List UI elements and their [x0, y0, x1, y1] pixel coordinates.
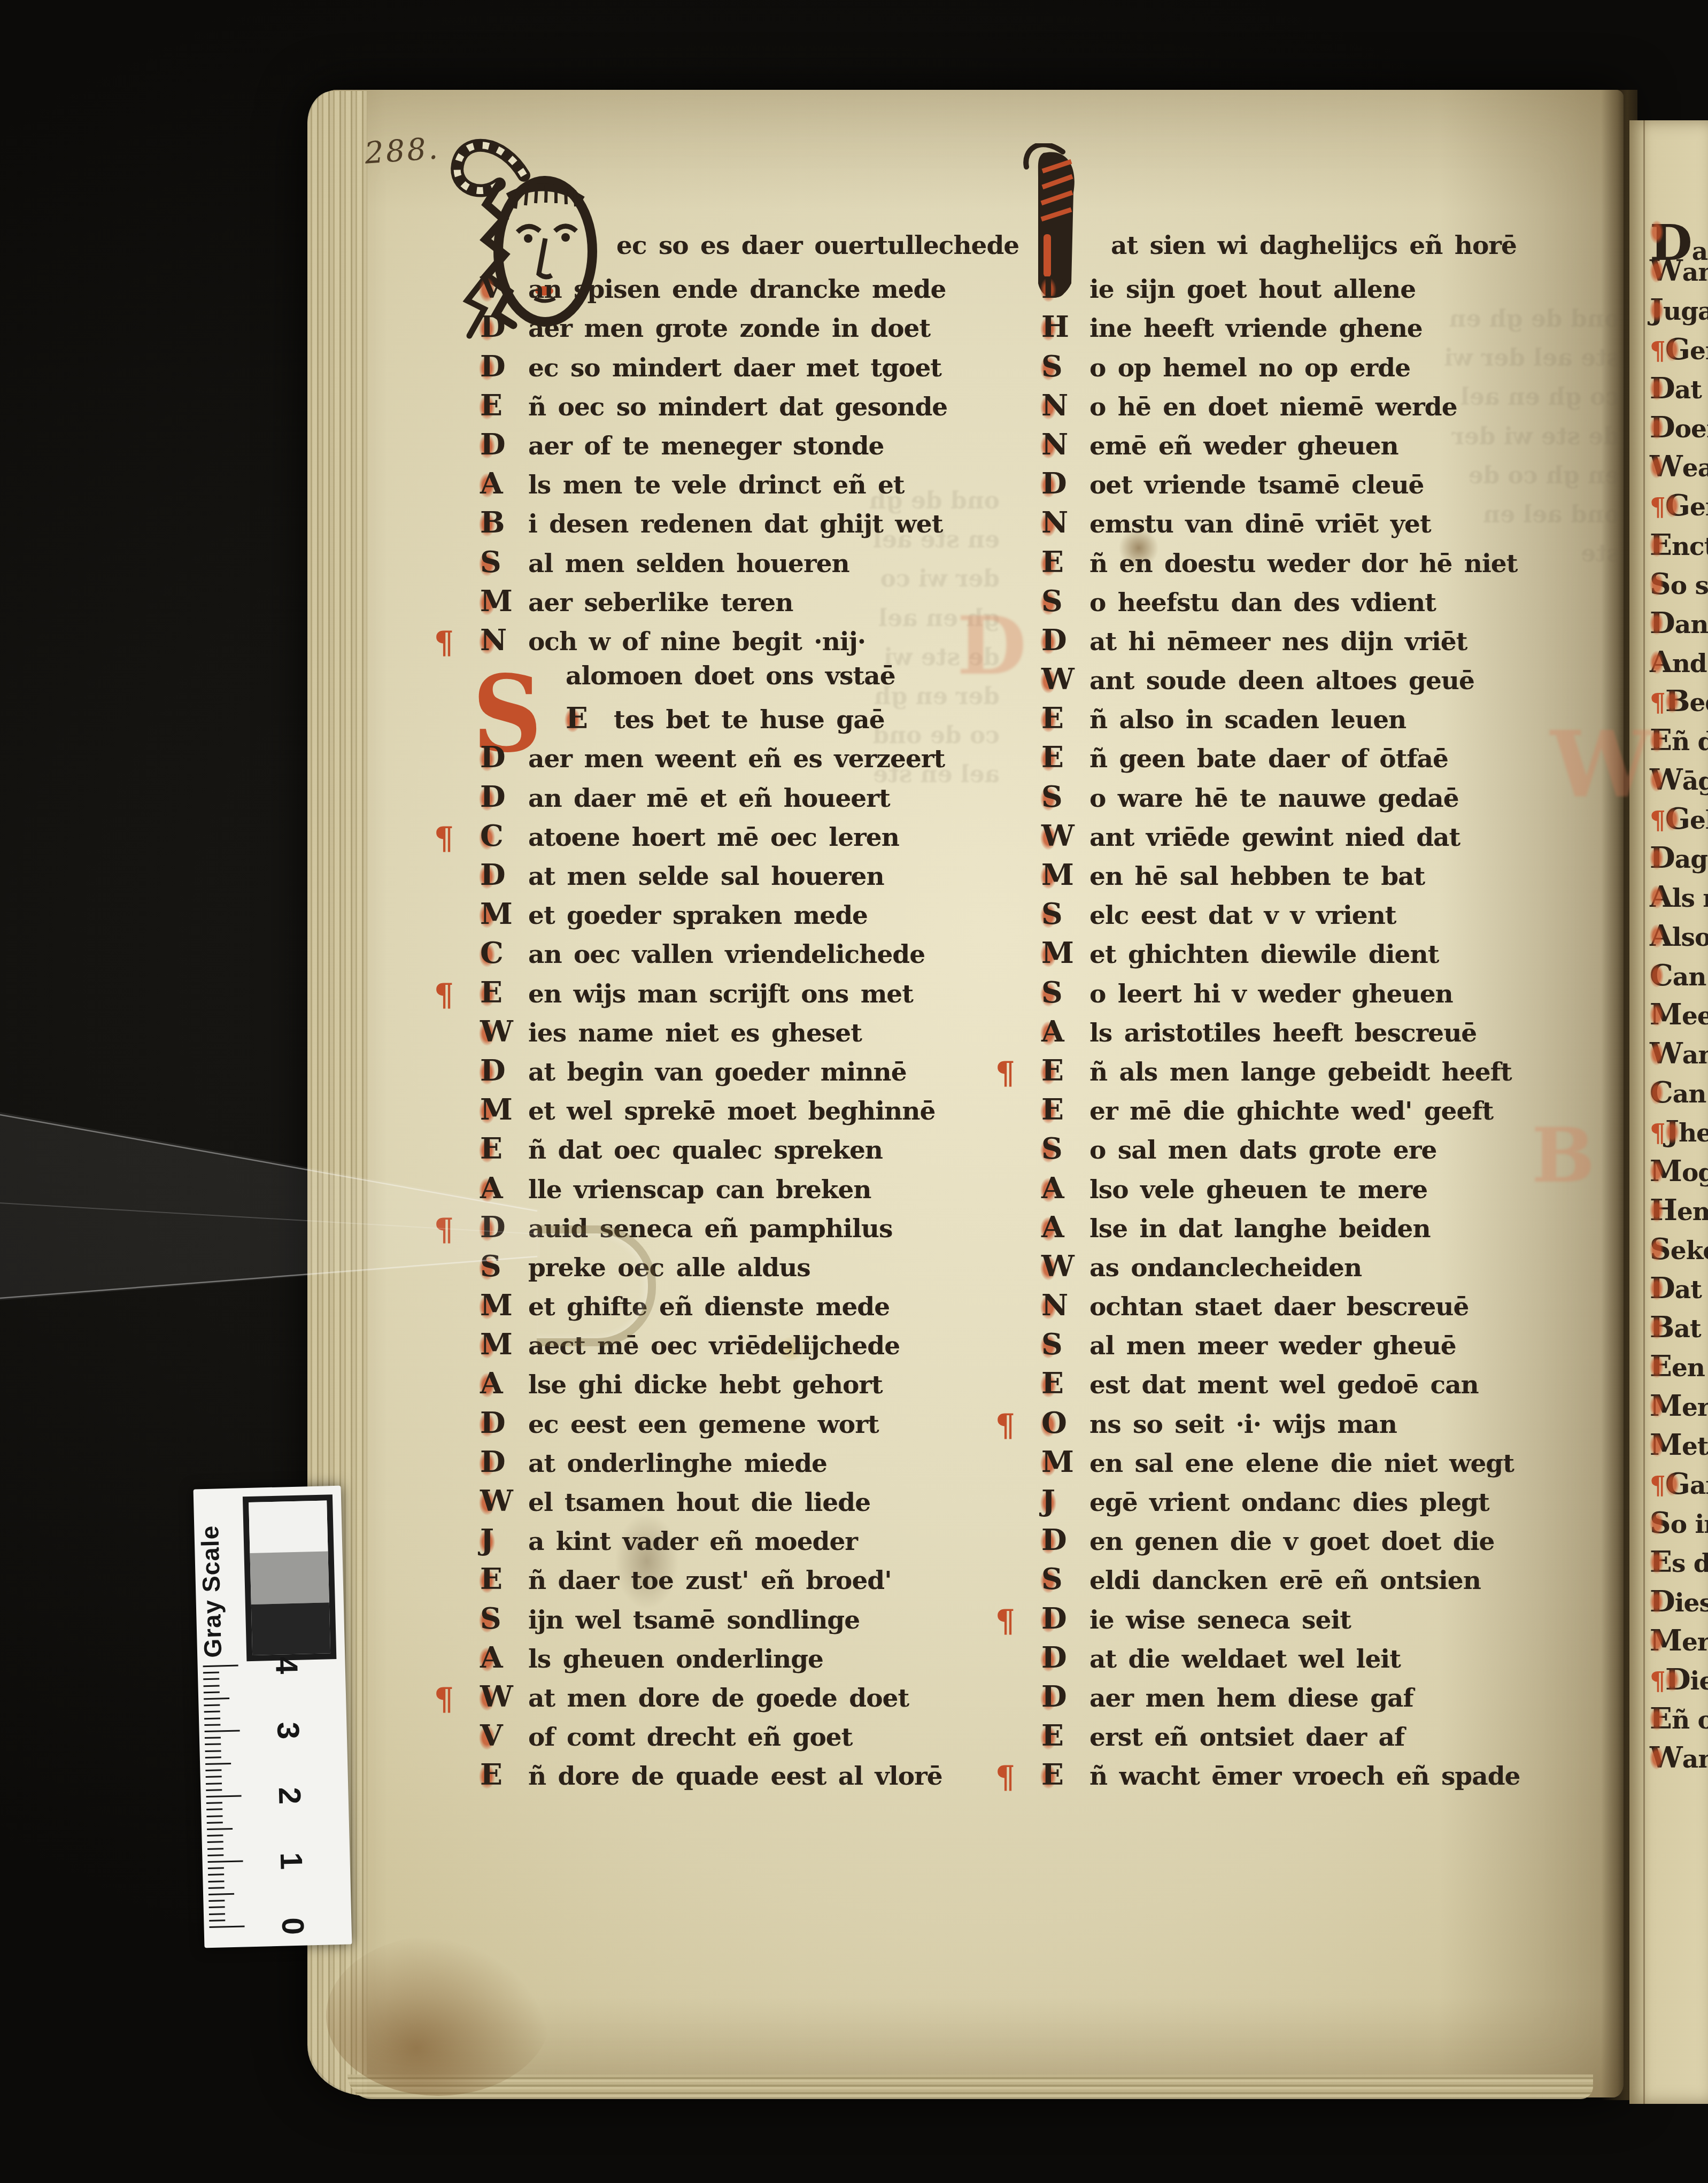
line-text: er w: [1682, 1393, 1708, 1422]
rubric-pilcrow: ¶: [1650, 492, 1665, 522]
line-text: ijn wel tsamē sondlinge: [528, 1606, 860, 1635]
line-text: ie: [1690, 1667, 1708, 1696]
line-text: at begin van goeder minnē: [528, 1058, 907, 1087]
line-text: ls gheuen onderlinge: [528, 1645, 823, 1674]
line-text: aer men weent eñ es verzeert: [528, 744, 945, 774]
line-text: er: [1682, 1627, 1708, 1657]
text-line: Eñ daer toe zust' eñ broed': [480, 1561, 1020, 1600]
line-text: ls men te vele drinct eñ et: [528, 470, 905, 500]
facing-page-line: Es di: [1650, 1544, 1708, 1583]
line-initial: A: [1650, 918, 1672, 953]
line-text: ñ o: [1672, 1706, 1708, 1735]
line-text: o ware hē te nauwe gedaē: [1089, 784, 1459, 813]
ruler-tick: [208, 1860, 243, 1863]
line-text: ant vriēde gewint nied dat: [1089, 823, 1460, 852]
ruler-tick: [207, 1822, 223, 1824]
line-text: ede: [1689, 688, 1708, 718]
line-text: aer men hem diese gaf: [1089, 1684, 1413, 1713]
line-initial: E: [1041, 700, 1075, 735]
line-initial: D: [1650, 1270, 1675, 1305]
ruler-tick: [206, 1795, 242, 1798]
text-line: ¶Een wijs man scrijft ons met: [480, 975, 1020, 1014]
line-initial: N: [1041, 1287, 1075, 1322]
line-initial: D: [480, 309, 513, 344]
line-initial: D: [1041, 1601, 1075, 1636]
ruler-tick: [206, 1802, 222, 1804]
line-text: ies name niet es gheset: [528, 1019, 862, 1048]
facing-page-line: ¶Bede: [1650, 683, 1708, 722]
line-initial: C: [480, 818, 513, 853]
line-text: an spisen ende drancke mede: [528, 275, 946, 304]
facing-page-line: So sc: [1650, 566, 1708, 605]
line-text: ant: [1682, 1745, 1708, 1774]
ruler-tick: [204, 1724, 220, 1726]
facing-page-line: Als m: [1650, 879, 1708, 918]
line-text: ant: [1682, 1040, 1708, 1070]
line-text: ochtan staet daer bescreuē: [1089, 1292, 1469, 1322]
photo-backdrop: ond de gh en ste ael der wi co gh en ael…: [0, 0, 1708, 2183]
text-line: Ja kint vader eñ moeder: [480, 1522, 1020, 1561]
line-initial: W: [1650, 1740, 1682, 1775]
line-text: nct: [1672, 532, 1708, 561]
line-text: o leert hi v weder gheuen: [1089, 979, 1453, 1009]
text-line: ¶Eñ wacht ēmer vroech eñ spade: [1041, 1757, 1581, 1796]
facing-page-line: Dat: [1650, 214, 1708, 253]
line-initial: A: [480, 1170, 513, 1205]
line-text: ñ als men lange gebeidt heeft: [1089, 1058, 1512, 1087]
ruler-ticks: [203, 1657, 274, 1937]
line-text: uga: [1663, 297, 1708, 326]
line-text: emē eñ weder gheuen: [1089, 431, 1398, 461]
rubric-pilcrow: ¶: [995, 1603, 1015, 1639]
text-line: Sal men meer weder gheuē: [1041, 1326, 1581, 1366]
ruler-tick: [208, 1880, 224, 1883]
line-initial: E: [1041, 739, 1075, 774]
facing-page-line: Can m: [1650, 958, 1708, 997]
ruler-tick: [207, 1854, 223, 1856]
facing-page-line: Meer: [1650, 997, 1708, 1036]
line-text: tes bet te huse gaē: [614, 705, 885, 735]
line-initial: J: [480, 1522, 513, 1557]
line-text: ñ d: [1672, 727, 1708, 757]
line-text: ie sijn goet hout allene: [1089, 275, 1416, 304]
facing-page-line: Can r: [1650, 1075, 1708, 1114]
line-text: ec so mindert daer met tgoet: [528, 353, 941, 383]
line-initial: E: [480, 975, 513, 1009]
facing-page-line: Mogh: [1650, 1153, 1708, 1192]
line-text: ear: [1682, 453, 1708, 483]
line-text: est dat ment wel gedoē can: [1089, 1370, 1479, 1400]
ruler-tick: [208, 1874, 224, 1876]
line-initial: D: [1650, 840, 1675, 875]
line-text: o in: [1671, 1510, 1708, 1539]
line-initial: D: [480, 779, 513, 814]
rubric-pilcrow: ¶: [995, 1407, 1015, 1444]
line-text: ñ daer toe zust' eñ broed': [528, 1566, 892, 1595]
ruler-tick: [206, 1809, 222, 1811]
line-initial: J: [1041, 1483, 1075, 1518]
line-initial: M: [480, 1092, 513, 1127]
line-initial: M: [480, 1287, 513, 1322]
ruler-tick: [208, 1893, 234, 1895]
facing-page-text-column: DatWantJuga¶GeneDat dDoenWear¶GencEnctSo…: [1650, 214, 1708, 1779]
line-text: oet vriende tsamē cleuē: [1089, 470, 1424, 500]
line-text: lso vele gheuen te mere: [1089, 1175, 1427, 1205]
line-text: an daer mē et eñ houeert: [528, 784, 890, 813]
line-text: ls aristotiles heeft bescreuē: [1089, 1019, 1477, 1048]
ruler-number: 2: [272, 1787, 308, 1805]
line-text: en sal ene elene die niet wegt: [1089, 1449, 1514, 1478]
line-initial: J: [1650, 292, 1663, 327]
bottom-edge-page-stack: [347, 2074, 1593, 2099]
line-text: erst eñ ontsiet daer af: [1089, 1723, 1404, 1752]
ruler-tick: [208, 1887, 225, 1889]
line-text: at men selde sal houeren: [528, 862, 884, 891]
line-text: aer of te meneger stonde: [528, 431, 884, 461]
line-initial: S: [1041, 779, 1075, 814]
text-line: Alse in dat langhe beiden: [1041, 1209, 1581, 1248]
text-line: Eñ oec so mindert dat gesonde: [480, 388, 1020, 427]
ruler-tick: [210, 1925, 245, 1928]
facing-page-line: Danc: [1650, 605, 1708, 644]
ruler-tick: [208, 1867, 224, 1869]
ruler-tick: [207, 1828, 233, 1830]
line-text: an m: [1673, 962, 1708, 992]
line-initial: S: [1650, 566, 1671, 601]
rubric-pilcrow: ¶: [1650, 336, 1665, 366]
line-text: aer seberlike teren: [528, 588, 793, 618]
text-line: Dat hi nēmeer nes dijn vriēt: [1041, 622, 1581, 661]
text-line: Doet vriende tsamē cleuē: [1041, 466, 1581, 505]
line-initial: V: [480, 1718, 513, 1753]
ruler-tick: [208, 1900, 225, 1902]
text-line: Dan daer mē et eñ houeert: [480, 779, 1020, 818]
facing-page-line: Met h: [1650, 1427, 1708, 1466]
line-text: at: [1675, 1275, 1702, 1305]
page-number: 288.: [364, 131, 441, 171]
line-initial: M: [1650, 1388, 1682, 1423]
line-initial: M: [1650, 1153, 1682, 1188]
grayscale-patch: [249, 1500, 328, 1553]
ruler-tick: [205, 1744, 221, 1746]
line-initial: M: [1041, 857, 1075, 892]
line-initial: D: [480, 1444, 513, 1479]
line-text: ant soude deen altoes geuē: [1089, 666, 1474, 696]
facing-page-line: ¶Gene: [1650, 331, 1708, 371]
line-text: an oec vallen vriendelichede: [528, 940, 925, 969]
text-line: Nochtan staet daer bescreuē: [1041, 1287, 1581, 1326]
line-initial: M: [480, 1326, 513, 1361]
facing-page-line: Dat: [1650, 1270, 1708, 1309]
line-initial: G: [1665, 488, 1690, 522]
ruler-tick: [204, 1685, 220, 1687]
line-initial: D: [1665, 1662, 1690, 1696]
line-text: ls m: [1672, 884, 1708, 913]
line-text: ñ wacht ēmer vroech eñ spade: [1089, 1762, 1520, 1791]
line-text: enc: [1690, 492, 1708, 522]
text-line: So ware hē te nauwe gedaē: [1041, 779, 1581, 818]
text-line: Want soude deen altoes geuē: [1041, 661, 1581, 700]
text-line: Die sijn goet hout allene: [1041, 270, 1581, 309]
line-initial: E: [480, 1131, 513, 1166]
ruler-tick: [203, 1678, 219, 1680]
line-text: ec so es daer ouertullechede: [616, 231, 1019, 260]
line-initial: M: [480, 896, 513, 931]
line-text: of comt drecht eñ goet: [528, 1723, 852, 1752]
ruler-tick: [204, 1698, 229, 1700]
text-line: Als aristotiles heeft bescreuē: [1041, 1014, 1581, 1053]
line-initial: N: [1041, 427, 1075, 461]
line-text: agh: [1675, 845, 1708, 874]
line-text: elc eest dat v v vrient: [1089, 901, 1396, 930]
text-line: Etes bet te huse gaē: [480, 700, 1020, 739]
line-initial: D: [1650, 1584, 1675, 1618]
text-line: at sien wi daghelijcs eñ horē: [1041, 231, 1581, 270]
line-initial: D: [480, 857, 513, 892]
line-initial: D: [1041, 1640, 1075, 1675]
line-initial: A: [480, 1366, 513, 1400]
line-initial: G: [1665, 331, 1690, 366]
line-text: ñ dore de quade eest al vlorē: [528, 1762, 942, 1791]
rubric-pilcrow: ¶: [434, 1681, 453, 1717]
ruler-tick: [204, 1704, 220, 1707]
line-text: anc: [1675, 610, 1708, 639]
text-line: Men sal ene elene die niet wegt: [1041, 1444, 1581, 1483]
rubric-pilcrow: ¶: [1650, 806, 1665, 835]
line-text: at sien wi daghelijcs eñ horē: [1111, 231, 1517, 260]
facing-page-line: Hem d: [1650, 1192, 1708, 1231]
text-line: Selc eest dat v v vrient: [1041, 896, 1581, 935]
line-text: as ondanclecheiden: [1089, 1253, 1362, 1283]
line-initial: A: [1650, 644, 1672, 679]
line-initial: W: [1041, 661, 1075, 696]
text-line: ¶Wat men dore de goede doet: [480, 1679, 1020, 1718]
ruler-tick: [206, 1789, 222, 1791]
ruler-tick: [204, 1691, 220, 1693]
line-text: he s: [1679, 1119, 1708, 1148]
ruler-tick: [206, 1783, 222, 1785]
line-text: nd: [1672, 649, 1707, 678]
facing-page-line: So in: [1650, 1505, 1708, 1544]
line-text: et ghichten diewile dient: [1089, 940, 1439, 969]
facing-page-line: ¶Gaf: [1650, 1466, 1708, 1505]
line-initial: H: [1041, 309, 1075, 344]
line-initial: B: [1650, 1309, 1674, 1344]
text-line: Met goeder spraken mede: [480, 896, 1020, 935]
text-line: Sal men selden houeren: [480, 544, 1020, 583]
line-initial: C: [1650, 1075, 1673, 1109]
text-line: Alse ghi dicke hebt gehort: [480, 1366, 1020, 1405]
ruler-tick: [207, 1841, 223, 1843]
line-initial: M: [1650, 1427, 1682, 1462]
text-line: Daer men hem diese gaf: [1041, 1679, 1581, 1718]
line-initial: E: [1041, 1757, 1075, 1792]
text-line: Eñ dore de quade eest al vlorē: [480, 1757, 1020, 1796]
text-line: Met ghichten diewile dient: [1041, 935, 1581, 974]
line-initial: W: [1650, 1036, 1682, 1070]
rubric-pilcrow: ¶: [1650, 688, 1665, 718]
grayscale-label: Gray Scale: [195, 1497, 227, 1658]
facing-page-line: Want: [1650, 1036, 1708, 1075]
line-initial: W: [1041, 818, 1075, 853]
text-line: Dec so mindert daer met tgoet: [480, 349, 1020, 388]
line-initial: A: [1041, 1209, 1075, 1244]
line-text: em d: [1677, 1197, 1708, 1227]
text-line: Dec eest een gemene wort: [480, 1405, 1020, 1444]
facing-page-line: Want: [1650, 253, 1708, 292]
text-line: Eñ dat oec qualec spreken: [480, 1131, 1020, 1170]
text-line: Dat begin van goeder minnē: [480, 1053, 1020, 1092]
text-line: Can oec vallen vriendelichede: [480, 935, 1020, 974]
line-text: eker: [1671, 1236, 1708, 1266]
line-text: af: [1690, 1471, 1708, 1500]
line-text: at die weldaet wel leit: [1089, 1645, 1401, 1674]
text-line: Wel tsamen hout die liede: [480, 1483, 1020, 1522]
line-text: o sal men dats grote ere: [1089, 1136, 1436, 1165]
line-initial: E: [566, 700, 599, 735]
facing-page-line: Een m: [1650, 1348, 1708, 1387]
line-initial: W: [480, 1014, 513, 1048]
line-text: elij: [1690, 806, 1708, 835]
line-initial: W: [480, 1679, 513, 1714]
line-text: at d: [1675, 375, 1708, 405]
ruler-number: 3: [270, 1722, 306, 1740]
rubric-pilcrow: ¶: [434, 624, 453, 661]
text-line: So heefstu dan des vdient: [1041, 583, 1581, 622]
text-line: Nemē eñ weder gheuen: [1041, 427, 1581, 466]
line-text: ogh: [1682, 1158, 1708, 1187]
ruler-tick: [205, 1770, 221, 1772]
line-text: en m: [1672, 1353, 1708, 1383]
text-line: Vof comt drecht eñ goet: [480, 1718, 1020, 1757]
line-initial: D: [1041, 1679, 1075, 1714]
rubric-pilcrow: ¶: [434, 977, 453, 1013]
ruler-tick: [209, 1919, 225, 1922]
text-line: Alle vrienscap can breken: [480, 1170, 1020, 1209]
line-text: ies: [1675, 1588, 1708, 1618]
line-initial: S: [1650, 1231, 1671, 1266]
line-initial: A: [1041, 1014, 1075, 1048]
line-initial: B: [1665, 683, 1690, 718]
line-initial: D: [480, 427, 513, 461]
facing-page-line: Also g: [1650, 918, 1708, 957]
line-initial: N: [1041, 388, 1075, 422]
line-text: er mē die ghichte wed' geeft: [1089, 1097, 1493, 1126]
facing-page-line: Wear: [1650, 449, 1708, 488]
line-initial: M: [1650, 1623, 1682, 1657]
facing-page-line: ¶Gelij: [1650, 801, 1708, 840]
line-text: alomoen doet ons vstaē: [566, 661, 895, 691]
line-text: at men dore de goede doet: [528, 1684, 909, 1713]
line-initial: C: [480, 935, 513, 970]
ruler-tick: [205, 1737, 221, 1739]
line-initial: D: [1041, 466, 1075, 500]
line-initial: J: [1665, 1114, 1679, 1148]
line-initial: E: [1041, 1718, 1075, 1753]
grayscale-patches: [243, 1494, 336, 1661]
line-initial: E: [480, 388, 513, 422]
line-text: al men meer weder gheuē: [1089, 1331, 1456, 1361]
line-text: ine heeft vriende ghene: [1089, 314, 1423, 343]
line-text: eldi dancken erē eñ ontsien: [1089, 1566, 1481, 1595]
line-initial: A: [1041, 1170, 1075, 1205]
text-line: ¶Catoene hoert mē oec leren: [480, 818, 1020, 857]
line-text: lse in dat langhe beiden: [1089, 1214, 1431, 1244]
line-text: s di: [1672, 1549, 1708, 1578]
text-line: Sijn wel tsamē sondlinge: [480, 1601, 1020, 1640]
line-text: oen: [1675, 414, 1708, 444]
line-initial: A: [1650, 879, 1672, 914]
ruler-number: 1: [273, 1852, 310, 1870]
line-initial: D: [1650, 371, 1675, 405]
line-text: o op hemel no op erde: [1089, 353, 1410, 383]
facing-page-line: Dat d: [1650, 371, 1708, 410]
grayscale-ruler: Gray Scale 43210: [194, 1486, 352, 1948]
ruler-tick: [205, 1756, 221, 1758]
facing-page-line: Mer w: [1650, 1388, 1708, 1427]
line-initial: S: [480, 1248, 513, 1283]
line-text: lso g: [1672, 923, 1708, 952]
text-line: Eer mē die ghichte wed' geeft: [1041, 1092, 1581, 1131]
line-initial: S: [480, 544, 513, 579]
line-text: ñ en doestu weder dor hē niet: [1089, 549, 1517, 578]
text-line: Nemstu van dinē vriēt yet: [1041, 505, 1581, 544]
facing-page-line: Eñ o: [1650, 1701, 1708, 1740]
line-initial: D: [1041, 270, 1075, 305]
line-initial: C: [1650, 958, 1673, 992]
facing-page-line: Enct: [1650, 527, 1708, 566]
text-line: Van spisen ende drancke mede: [480, 270, 1020, 309]
rubric-pilcrow: ¶: [1650, 1667, 1665, 1696]
left-text-column: ec so es daer ouertullechedeVan spisen e…: [480, 231, 1020, 1796]
text-line: Met wel sprekē moet beghinnē: [480, 1092, 1020, 1131]
text-line: alomoen doet ons vstaē: [480, 661, 1020, 700]
line-initial: W: [480, 1483, 513, 1518]
right-text-column: at sien wi daghelijcs eñ horēDie sijn go…: [1041, 231, 1581, 1796]
line-text: en wijs man scrijft ons met: [528, 979, 913, 1009]
text-line: Also vele gheuen te mere: [1041, 1170, 1581, 1209]
ruler-number: 0: [275, 1917, 311, 1935]
text-line: ¶Noch w of nine begit ·nij·: [480, 622, 1020, 661]
line-initial: W: [1650, 449, 1682, 483]
facing-page-line: And: [1650, 644, 1708, 683]
text-line: Eñ en doestu weder dor hē niet: [1041, 544, 1581, 583]
line-text: at hi nēmeer nes dijn vriēt: [1089, 627, 1467, 657]
line-initial: E: [1041, 1092, 1075, 1127]
text-line: No hē en doet niemē werde: [1041, 388, 1581, 427]
line-text: et goeder spraken mede: [528, 901, 868, 930]
facing-page-line: Dies: [1650, 1584, 1708, 1623]
ruler-tick: [205, 1763, 231, 1765]
line-initial: E: [1650, 1701, 1672, 1735]
line-text: en hē sal hebben te bat: [1089, 862, 1425, 891]
line-text: al men selden houeren: [528, 549, 849, 578]
facing-page-line: Bat: [1650, 1309, 1708, 1348]
line-text: at onderlinghe miede: [528, 1449, 827, 1478]
line-initial: D: [1650, 410, 1675, 444]
text-line: Eest dat ment wel gedoē can: [1041, 1366, 1581, 1405]
line-text: o sc: [1671, 571, 1708, 600]
text-line: Dat die weldaet wel leit: [1041, 1640, 1581, 1679]
line-initial: W: [1650, 253, 1682, 288]
text-line: Dat onderlinghe miede: [480, 1444, 1020, 1483]
ruler-tick: [205, 1750, 221, 1752]
text-line: Hine heeft vriende ghene: [1041, 309, 1581, 348]
line-initial: G: [1665, 801, 1690, 836]
line-initial: A: [480, 466, 513, 500]
rubric-pilcrow: ¶: [995, 1759, 1015, 1795]
text-line: Als gheuen onderlinge: [480, 1640, 1020, 1679]
